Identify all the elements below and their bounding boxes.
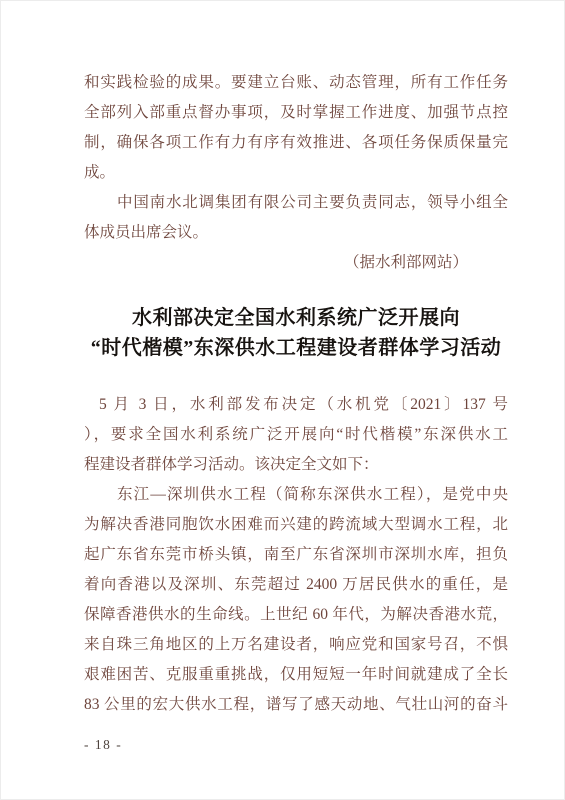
text-line: 来自珠三角地区的上万名建设者，响应党和国家号召，不惧 [84,630,508,660]
text-line: 体成员出席会议。 [84,218,508,248]
text-line: 和实践检验的成果。要建立台账、动态管理，所有工作任务 [84,68,508,98]
text-line: 着向香港以及深圳、东莞超过 2400 万居民供水的重任，是 [84,570,508,600]
article-title-line-2: “时代楷模”东深供水工程建设者群体学习活动 [84,333,508,363]
article-title: 水利部决定全国水利系统广泛开展向 “时代楷模”东深供水工程建设者群体学习活动 [84,303,508,363]
document-page: 和实践检验的成果。要建立台账、动态管理，所有工作任务 全部列入部重点督办事项，及… [0,0,565,800]
text-line: ），要求全国水利系统广泛开展向“时代楷模”东深供水工 [84,420,508,450]
text-line: 东江—深圳供水工程（简称东深供水工程），是党中央 [84,480,508,510]
paragraph-decision-announcement: 5 月 3 日，水利部发布决定（水机党〔2021〕137 号 ），要求全国水利系… [84,390,508,480]
paragraph-project-description: 东江—深圳供水工程（简称东深供水工程），是党中央 为解决香港同胞饮水困难而兴建的… [84,480,508,720]
source-attribution: （据水利部网站） [84,248,508,278]
text-line: 5 月 3 日，水利部发布决定（水机党〔2021〕137 号 [84,390,508,420]
text-line: 为解决香港同胞饮水困难而兴建的跨流域大型调水工程，北 [84,510,508,540]
text-line: 中国南水北调集团有限公司主要负责同志，领导小组全 [84,188,508,218]
text-line: 83 公里的宏大供水工程，谱写了感天动地、气壮山河的奋斗 [84,690,508,720]
text-line: 全部列入部重点督办事项，及时掌握工作进度、加强节点控 [84,98,508,128]
text-line: 艰难困苦、克服重重挑战，仅用短短一年时间就建成了全长 [84,660,508,690]
text-line: 制，确保各项工作有力有序有效推进、各项任务保质保量完 [84,128,508,158]
text-line: 程建设者群体学习活动。该决定全文如下： [84,450,508,480]
paragraph-meeting-tasks: 和实践检验的成果。要建立台账、动态管理，所有工作任务 全部列入部重点督办事项，及… [84,68,508,188]
paragraph-attendees: 中国南水北调集团有限公司主要负责同志，领导小组全 体成员出席会议。 [84,188,508,248]
article-title-line-1: 水利部决定全国水利系统广泛开展向 [84,303,508,333]
page-number: - 18 - [84,735,508,755]
text-line: 保障香港供水的生命线。上世纪 60 年代，为解决香港水荒， [84,600,508,630]
text-line: 成。 [84,158,508,188]
text-line: 起广东省东莞市桥头镇，南至广东省深圳市深圳水库，担负 [84,540,508,570]
